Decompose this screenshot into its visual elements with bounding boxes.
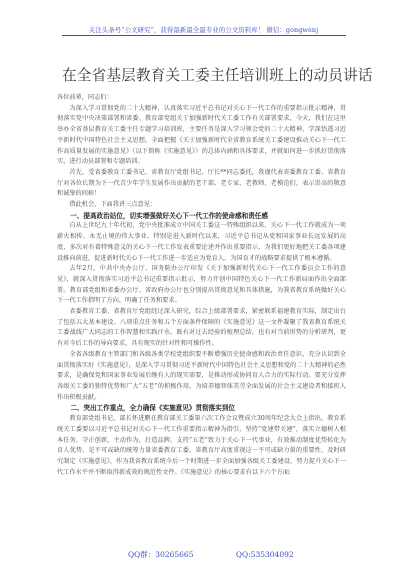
section-heading: 一、提高政治站位，切实增强做好关心下一代工作的使命感和责任感 (57, 211, 346, 222)
paragraph: 全省各级教育主管部门和各级各类学校党组织要不断增强历史使命感和政治责任意识，充分… (57, 350, 346, 404)
paragraph: 去年2月，中共中央办公厅、国务院办公厅印发《关于加强新时代关心下一代工作委员会工… (57, 264, 346, 307)
paragraph: 省委教育工委、省教育厅党组经过深入研究，综合上级部署要求，紧密联系福建教育实际，… (57, 307, 346, 350)
qq-group-label: QQ群：30265665 (128, 549, 193, 560)
paragraph: 首先，受省委教育工委书记、省教育厅党组书记、厅长**同志委托，我谨代表省委教育工… (57, 168, 346, 200)
footer-contact: QQ群：30265665 QQ:535304092 (128, 549, 294, 560)
document-title: 在全省基层教育关工委主任培训班上的动员讲话 (62, 64, 373, 85)
paragraph: 借此机会，下面我讲三点意见： (57, 200, 346, 211)
section-heading: 二、突出工作重点，全力确保《实施意见》贯彻落实到位 (57, 403, 346, 414)
qq-label: QQ:535304092 (236, 550, 294, 559)
header-banner[interactable]: 关注头条号“公文研究”，获得最新最全最专业的公文资料库！ 微信：gongwenj (62, 25, 345, 34)
document-body: 各位前辈，同志们： 为深入学习贯彻党的二十大精神，认真落实习近平总书记对关心下一… (57, 93, 346, 478)
paragraph: 教育部党组书记、部长怀进鹏在教育部关工委第六次工作会议暨成立30周年纪念大会上指… (57, 414, 346, 478)
header-divider (62, 35, 346, 36)
paragraph: 自从上世纪九十年代初，党中央批准成立中国关工委这一特殊组织以来，关心下一代工作就… (57, 221, 346, 264)
salutation: 各位前辈，同志们： (57, 93, 346, 104)
paragraph: 为深入学习贯彻党的二十大精神，认真落实习近平总书记对关心下一代工作的重要指示批示… (57, 104, 346, 168)
